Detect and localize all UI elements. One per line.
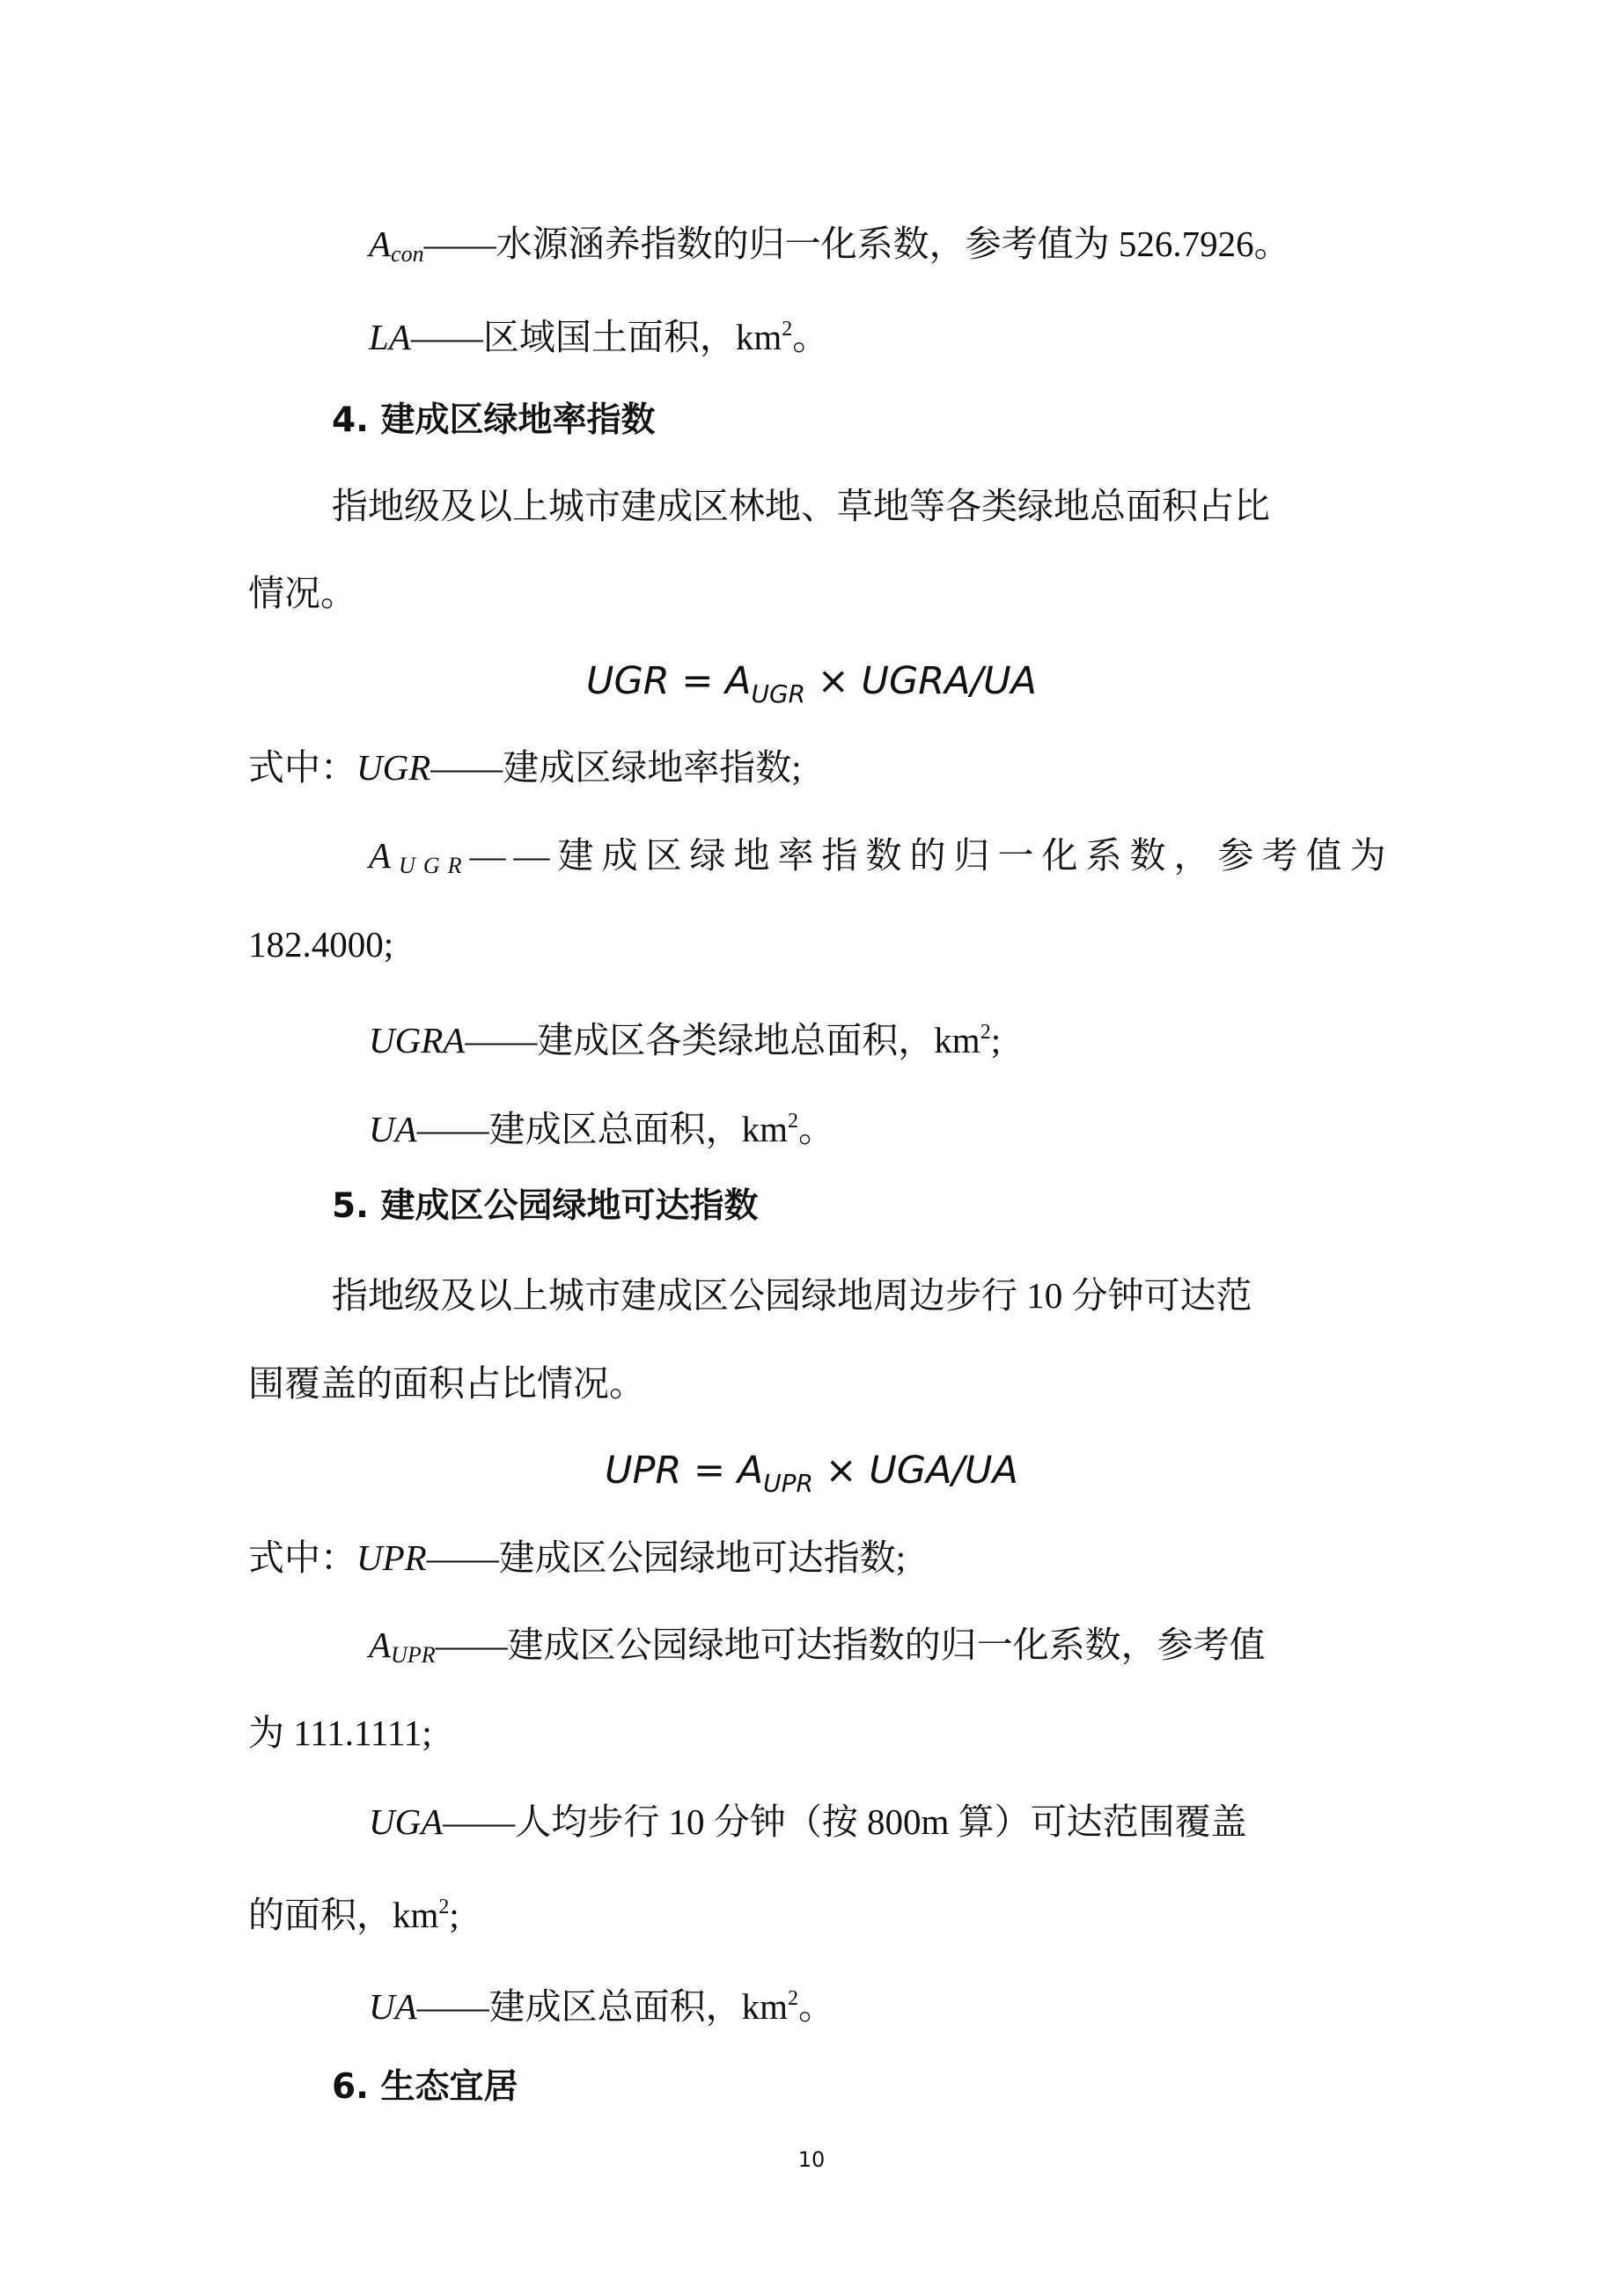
definition-text: ——建成区公园绿地可达指数; xyxy=(427,1537,906,1578)
symbol: UA xyxy=(369,1109,417,1149)
where-prefix: 式中： xyxy=(248,1537,356,1578)
punctuation: ; xyxy=(449,1895,459,1935)
section-heading-4: 4. 建成区绿地率指数 xyxy=(332,394,656,447)
definition-text: ——建成区绿地率指数; xyxy=(430,747,801,788)
page-number: 10 xyxy=(0,2147,1623,2172)
formula-ugr: UGR = AUGR × UGRA/UA xyxy=(0,655,1623,721)
definition-text: ——人均步行 10 分钟（按 800m 算）可达范围覆盖 xyxy=(443,1801,1246,1842)
definition-text: ——建成区公园绿地可达指数的归一化系数，参考值 xyxy=(436,1625,1266,1665)
definition-text: ——区域国土面积，km xyxy=(411,317,782,357)
paragraph-5-line-1: 指地级及以上城市建成区公园绿地周边步行 10 分钟可达范 xyxy=(332,1269,1252,1322)
superscript: 2 xyxy=(438,1896,449,1918)
paragraph-4-line-2: 情况。 xyxy=(248,567,356,620)
symbol: LA xyxy=(369,317,411,357)
definition-text: ——建成区绿地率指数的归一化系数，参考值为 xyxy=(469,835,1393,876)
definition-augr-value: 182.4000; xyxy=(248,918,393,971)
punctuation: 。 xyxy=(798,1109,834,1149)
symbol: UGRA xyxy=(369,1020,465,1060)
symbol: A xyxy=(369,1625,391,1665)
definition-aupr: AUPR——建成区公园绿地可达指数的归一化系数，参考值 xyxy=(369,1618,1266,1682)
symbol: A xyxy=(369,224,391,264)
subscript: con xyxy=(391,241,424,267)
superscript: 2 xyxy=(782,318,792,341)
punctuation: 。 xyxy=(792,317,828,357)
definition-augr: AUGR——建成区绿地率指数的归一化系数，参考值为 xyxy=(369,829,1393,892)
superscript: 2 xyxy=(980,1021,991,1044)
where-ugr: 式中：UGR——建成区绿地率指数; xyxy=(248,741,802,794)
definition-text: ——建成区各类绿地总面积，km xyxy=(465,1020,980,1060)
definition-text: ——建成区总面积，km xyxy=(417,1986,788,2027)
definition-text: ——水源涵养指数的归一化系数，参考值为 526.7926。 xyxy=(424,224,1290,264)
definition-la: LA——区域国土面积，km2。 xyxy=(369,303,828,363)
formula-upr: UPR = AUPR × UGA/UA xyxy=(0,1444,1623,1510)
definition-ugra: UGRA——建成区各类绿地总面积，km2; xyxy=(369,1006,1001,1067)
section-heading-6: 6. 生态宜居 xyxy=(332,2061,518,2114)
definition-text: ——建成区总面积，km xyxy=(417,1109,788,1149)
paragraph-5-line-2: 围覆盖的面积占比情况。 xyxy=(248,1357,645,1410)
superscript: 2 xyxy=(788,1110,798,1133)
formula-rhs: × UGRA/UA xyxy=(805,659,1037,703)
subscript: UGR xyxy=(399,853,469,878)
formula-lhs: UGR = A xyxy=(586,659,751,703)
formula-rhs: × UGA/UA xyxy=(813,1449,1018,1493)
definition-uga: UGA——人均步行 10 分钟（按 800m 算）可达范围覆盖 xyxy=(369,1795,1247,1848)
definition-acon: Acon——水源涵养指数的归一化系数，参考值为 526.7926。 xyxy=(369,217,1290,281)
symbol: UA xyxy=(369,1986,417,2027)
definition-aupr-value: 为 111.1111; xyxy=(248,1706,432,1759)
section-heading-5: 5. 建成区公园绿地可达指数 xyxy=(332,1180,759,1233)
definition-ua-2: UA——建成区总面积，km2。 xyxy=(369,1972,834,2033)
definition-uga-cont: 的面积，km2; xyxy=(248,1881,459,1941)
formula-subscript: UPR xyxy=(763,1469,813,1498)
punctuation: 。 xyxy=(798,1986,834,2027)
symbol: UGR xyxy=(356,747,430,788)
symbol: UPR xyxy=(356,1537,427,1578)
subscript: UPR xyxy=(391,1642,436,1668)
definition-ua-1: UA——建成区总面积，km2。 xyxy=(369,1095,834,1155)
symbol: UGA xyxy=(369,1801,443,1842)
where-upr: 式中：UPR——建成区公园绿地可达指数; xyxy=(248,1531,906,1584)
definition-text: 的面积，km xyxy=(248,1895,438,1935)
symbol: A xyxy=(369,835,399,876)
formula-subscript: UGR xyxy=(751,679,805,708)
superscript: 2 xyxy=(788,1987,798,2010)
paragraph-4-line-1: 指地级及以上城市建成区林地、草地等各类绿地总面积占比 xyxy=(332,480,1270,532)
where-prefix: 式中： xyxy=(248,747,356,788)
formula-lhs: UPR = A xyxy=(605,1449,763,1493)
punctuation: ; xyxy=(991,1020,1001,1060)
